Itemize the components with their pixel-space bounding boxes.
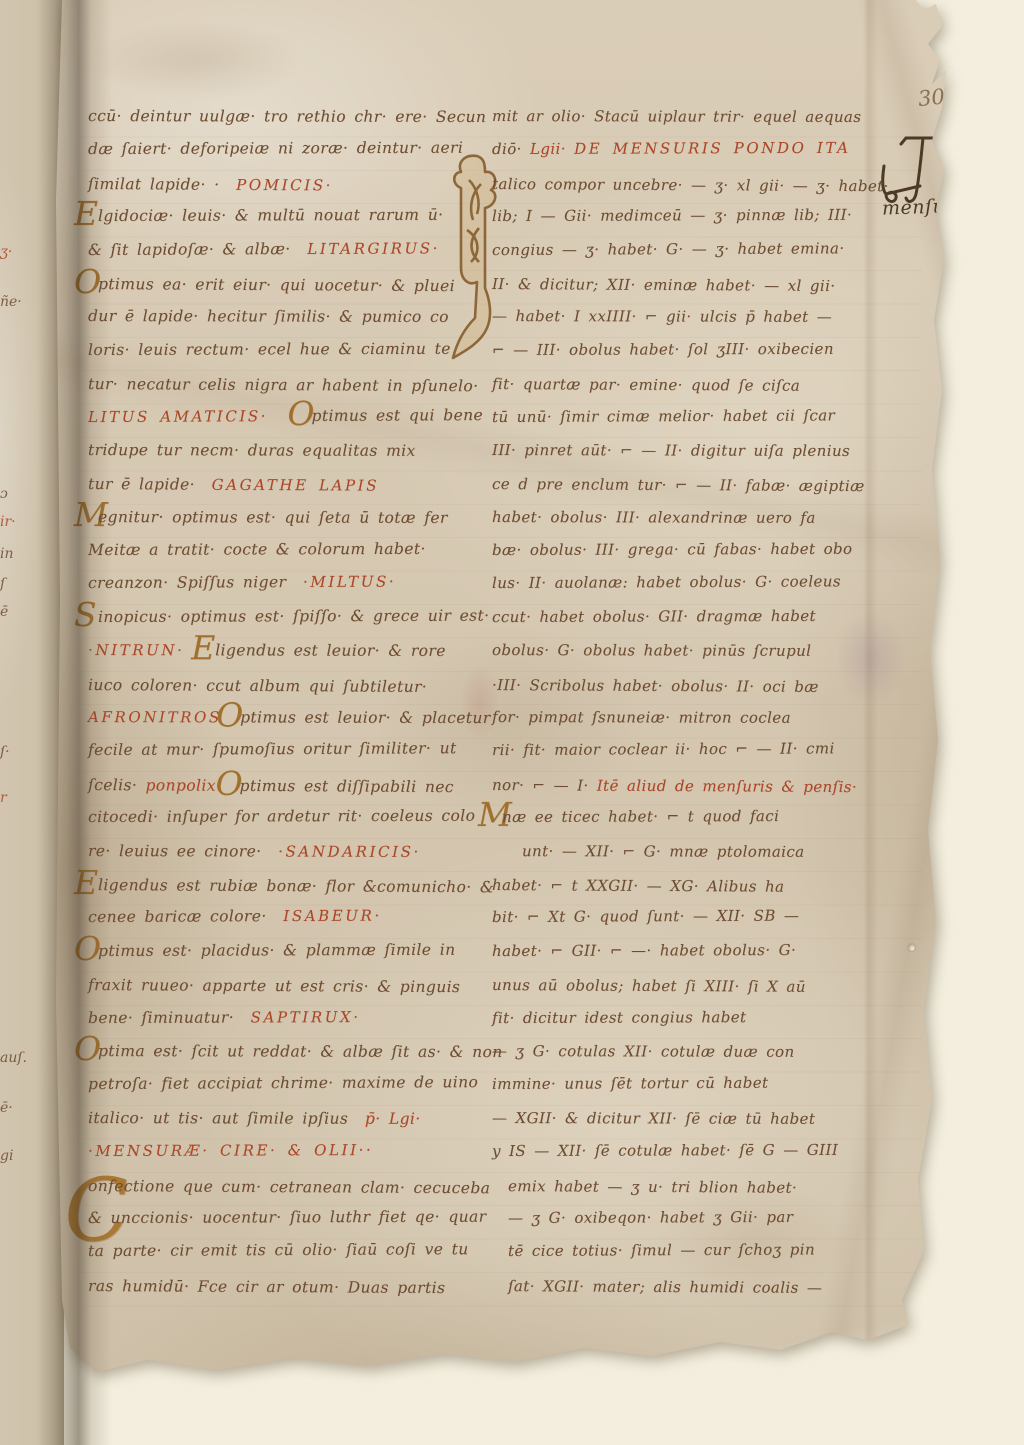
cut-off-text-fragment: ſ xyxy=(0,576,20,592)
rubric-text: ISABEUR· xyxy=(283,907,382,925)
cut-off-text-fragment: gi xyxy=(0,1148,20,1164)
text-run: ptimus ea· erit eiur· qui uocetur· & plu… xyxy=(98,275,455,295)
text-line: loris· leuis rectum· ecel hue & ciaminu … xyxy=(88,332,490,367)
text-line: III· pinret aūt· ⌐ — II· digitur uiſa pl… xyxy=(492,434,892,468)
text-run: y IS — XII· ſē cotulæ habet· ſē G — GIII xyxy=(492,1141,838,1160)
text-line: Megnitur· optimus est· qui ſeta ū totæ f… xyxy=(88,501,490,535)
text-line: Meitæ a tratit· cocte & colorum habet· xyxy=(88,533,490,568)
manuscript-scan: { "document": { "folio_number": "30", "m… xyxy=(0,0,1024,1445)
text-run: III· pinret aūt· ⌐ — II· digitur uiſa pl… xyxy=(492,441,850,460)
text-run: cenee baricæ colore· xyxy=(88,907,283,926)
text-line: citocedi· inſuper for ardetur rit· coele… xyxy=(88,800,490,835)
text-run: II· & dicitur; XII· eminæ habet· — xl gi… xyxy=(492,275,836,295)
cut-off-text-fragment: ɔ xyxy=(0,486,20,502)
text-line: mit ar olio· Stacū uiplaur trir· equel a… xyxy=(492,100,892,134)
rubric-text: ·SANDARICIS· xyxy=(278,842,421,860)
text-line: II· & dicitur; XII· eminæ habet· — xl gi… xyxy=(492,268,892,304)
text-line: ſat· XGII· mater; alis humidi coalis — xyxy=(492,1270,892,1306)
rubric-text: DE MENSURIS PONDO ITA xyxy=(574,139,851,158)
text-line: Sinopicus· optimus est· ſpiſſo· & grece … xyxy=(88,599,490,634)
margin-note: menſuras xyxy=(882,194,978,219)
text-line: iuco coloren· ccut album qui ſubtiletur· xyxy=(88,669,490,705)
text-run: italico· ut tis· aut ſimile ipſius xyxy=(88,1109,365,1128)
text-line: cenee baricæ colore· ISABEUR· xyxy=(88,899,490,934)
text-run: ligendus est leuior· & rore xyxy=(215,642,446,661)
text-line: for· pimpat ſsnuneiæ· mitron coclea xyxy=(492,701,892,735)
text-run: ptima est· ſcit ut reddat· & albæ ſit as… xyxy=(98,1042,503,1061)
text-line: Optima est· ſcit ut reddat· & albæ ſit a… xyxy=(88,1035,490,1069)
rubric-text: AFRONITROS xyxy=(88,708,222,726)
text-run: congius — ʒ· habet· G· — ʒ· habet emina· xyxy=(492,239,845,259)
text-line: dur ē lapide· hecitur ſimilis· & pumico … xyxy=(88,300,490,334)
text-run: ligendus est rubiæ bonæ· flor &comunicho… xyxy=(98,876,494,896)
stain xyxy=(86,20,306,100)
text-run: unus aū obolus; habet ſi XIII· ſi X aū xyxy=(492,976,806,996)
text-run: citocedi· inſuper for ardetur rit· coele… xyxy=(88,807,475,826)
text-run: ta parte· cir emit tis cū olio· ſiaū coſ… xyxy=(88,1240,469,1260)
text-line: re· leuius ee cinore· ·SANDARICIS· xyxy=(88,835,490,869)
text-run: ſimilat lapide· · xyxy=(88,175,236,194)
text-line: — ʒ G· cotulas XII· cotulæ duæ con xyxy=(492,1035,892,1069)
rubric-text: LITARGIRUS· xyxy=(307,239,440,258)
text-line: ce d pre enclum tur· ⌐ — II· fabæ· ægipt… xyxy=(492,468,892,504)
rubric-text: ·MENSURÆ· CIRE· & OLII·· xyxy=(88,1141,373,1160)
text-line: Mnæ ee ticec habet· ⌐ t quod faci xyxy=(492,800,892,835)
text-run: immine· unus ſēt tortur cū habet xyxy=(492,1074,768,1093)
text-run: fit· dicitur idest congius habet xyxy=(492,1008,746,1027)
text-line: onfectione que cum· cetranean clam· cecu… xyxy=(88,1170,490,1206)
text-run: ccū· deintur uulgæ· tro rethio chr· ere·… xyxy=(88,107,486,126)
text-line: Elgidociæ· leuis· & multū nouat rarum ū· xyxy=(88,199,490,234)
text-run: bæ· obolus· III· grega· cū fabas· habet … xyxy=(492,540,853,559)
text-run: tū unū· ſimir cimæ melior· habet cii ſca… xyxy=(492,406,835,426)
text-run: — habet· I xxIIII· ⌐ gii· ulcis p̄ habet… xyxy=(492,307,832,326)
text-run: bene· ſiminuatur· xyxy=(88,1008,251,1027)
text-run: emix habet — ʒ u· tri blion habet· xyxy=(508,1177,797,1197)
text-line: fit· dicitur idest congius habet xyxy=(492,1000,892,1035)
text-line: Optimus ea· erit eiur· qui uocetur· & pl… xyxy=(88,268,490,304)
text-run: for· pimpat ſsnuneiæ· mitron coclea xyxy=(492,708,791,727)
text-run: habet· ⌐ GII· ⌐ —· habet obolus· G· xyxy=(492,941,796,960)
text-run: & ſit lapidoſæ· & albæ· xyxy=(88,239,307,258)
text-run: tē cice totius· ſimul — cur ſchoʒ pin xyxy=(508,1241,815,1261)
text-line: creanzon· Spiſſus niger ·MILTUS· xyxy=(88,566,490,601)
text-line: LITUS AMATICIS· Optimus est qui bene xyxy=(88,399,490,434)
text-run: lib; I — Gii· medimceū — ʒ· pinnæ lib; I… xyxy=(492,206,852,225)
text-run: onfectione que cum· cetranean clam· cecu… xyxy=(88,1177,490,1197)
text-run: — ʒ G· oxibeqon· habet ʒ Gii· par xyxy=(508,1208,793,1227)
text-line: ·MENSURÆ· CIRE· & OLII·· xyxy=(88,1134,490,1169)
text-run: habet· ⌐ t XXGII· — XG· Alibus ha xyxy=(492,876,785,896)
text-run: iuco coloren· ccut album qui ſubtiletur· xyxy=(88,676,427,696)
text-line: habet· obolus· III· alexandrinæ uero fa xyxy=(492,501,892,535)
text-line: y IS — XII· ſē cotulæ habet· ſē G — GIII xyxy=(492,1134,892,1169)
text-run: tridupe tur necm· duras equalitas mix xyxy=(88,441,416,460)
text-run: ·III· Scribolus habet· obolus· II· oci b… xyxy=(492,676,819,696)
text-line: ·NITRUN· Eligendus est leuior· & rore xyxy=(88,634,490,668)
text-run: diō· xyxy=(492,140,530,158)
rubric-text: POMICIS· xyxy=(236,176,333,195)
text-line: dæ ſaiert· deforipeiæ ni zoræ· deintur· … xyxy=(88,132,490,167)
cut-off-text-fragment: ē· xyxy=(0,1100,20,1116)
text-run: ſcelis· xyxy=(88,776,146,794)
text-line: immine· unus ſēt tortur cū habet xyxy=(492,1066,892,1101)
text-line: ccū· deintur uulgæ· tro rethio chr· ere·… xyxy=(88,100,490,134)
text-line: lus· II· auolanæ: habet obolus· G· coele… xyxy=(492,566,892,601)
text-line: unt· — XII· ⌐ G· mnæ ptolomaica xyxy=(492,835,892,869)
manuscript-page: 30 menſuras C ccū· dein xyxy=(56,0,1001,1445)
text-run: fecile at mur· ſpumoſius oritur ſimilite… xyxy=(88,740,457,760)
text-run: ſat· XGII· mater; alis humidi coalis — xyxy=(508,1277,822,1297)
rubric-text: SAPTIRUX· xyxy=(251,1008,361,1026)
text-run: mit ar olio· Stacū uiplaur trir· equel a… xyxy=(492,107,861,126)
text-run: petroſa· fiet accipiat chrime· maxime de… xyxy=(88,1073,478,1093)
text-run: ptimus est diſſipabili nec xyxy=(239,777,453,796)
parchment-hole xyxy=(952,176,974,196)
text-run: lgidociæ· leuis· & multū nouat rarum ū· xyxy=(98,206,443,225)
text-line: italico· ut tis· aut ſimile ipſius p̄· L… xyxy=(88,1102,490,1136)
text-run: tur ē lapide· xyxy=(88,475,212,494)
text-line: bit· ⌐ Xt G· quod ſunt· — XII· SB — xyxy=(492,899,892,934)
text-run: Meitæ a tratit· cocte & colorum habet· xyxy=(88,540,426,559)
rubric-text: LITUS AMATICIS· xyxy=(88,407,268,426)
text-run: nor· ⌐ — I· xyxy=(492,776,597,795)
text-line: ccut· habet obolus· GII· dragmæ habet xyxy=(492,599,892,634)
text-run: ccut· habet obolus· GII· dragmæ habet xyxy=(492,607,816,626)
cut-off-text-fragment: ir· xyxy=(0,514,20,530)
text-line: unus aū obolus; habet ſi XIII· ſi X aū xyxy=(492,969,892,1005)
left-text-column: ccū· deintur uulgæ· tro rethio chr· ere·… xyxy=(88,100,490,1302)
rubric-text: ·MILTUS· xyxy=(303,573,396,591)
text-run: ras humidū· Fce cir ar otum· Duas partis xyxy=(88,1277,445,1297)
text-line: obolus· G· obolus habet· pinūs ſcrupul xyxy=(492,634,892,668)
rubric-text: Itē aliud de menſuris & penſis· xyxy=(597,776,857,795)
text-line: diō· Lgii· DE MENSURIS PONDO ITA xyxy=(492,132,892,167)
cut-off-text-fragment: ʒ· xyxy=(0,244,20,260)
text-run: creanzon· Spiſſus niger xyxy=(88,573,303,592)
cut-off-text-fragment: auſ. xyxy=(0,1050,20,1066)
cut-off-text-fragment: ñe· xyxy=(0,294,20,310)
text-line: rii· fit· maior coclear ii· hoc ⌐ — II· … xyxy=(492,732,892,767)
text-line: AFRONITROS Optimus est leuior· & placetu… xyxy=(88,701,490,735)
previous-page-edge xyxy=(0,0,64,1445)
text-line: — habet· I xxIIII· ⌐ gii· ulcis p̄ habet… xyxy=(492,300,892,334)
rubric-text: ·NITRUN· xyxy=(88,641,205,659)
text-run: talico compor uncebre· — ʒ· xl gii· — ʒ·… xyxy=(492,175,889,195)
text-run: — XGII· & dicitur XII· ſē ciæ tū habet xyxy=(492,1109,815,1128)
text-line: Optimus est· placidus· & plammæ ſimile i… xyxy=(88,933,490,968)
text-run: loris· leuis rectum· ecel hue & ciaminu … xyxy=(88,339,451,358)
text-line: tridupe tur necm· duras equalitas mix xyxy=(88,434,490,468)
text-run: dur ē lapide· hecitur ſimilis· & pumico … xyxy=(88,307,449,326)
text-run: inopicus· optimus est· ſpiſſo· & grece u… xyxy=(98,606,490,625)
text-run: dæ ſaiert· deforipeiæ ni zoræ· deintur· … xyxy=(88,139,463,158)
cut-off-text-fragment: ē xyxy=(0,604,20,620)
folio-number: 30 xyxy=(917,81,979,111)
text-run: unt· — XII· ⌐ G· mnæ ptolomaica xyxy=(522,842,805,861)
text-run: habet· obolus· III· alexandrinæ uero fa xyxy=(492,508,816,527)
text-line: fecile at mur· ſpumoſius oritur ſimilite… xyxy=(88,732,490,767)
text-line: tū unū· ſimir cimæ melior· habet cii ſca… xyxy=(492,399,892,434)
text-line: ⌐ — III· obolus habet· ſol ʒIII· oxibeci… xyxy=(492,332,892,367)
rubric-text: GAGATHE LAPIS xyxy=(212,476,380,495)
text-run: obolus· G· obolus habet· pinūs ſcrupul xyxy=(492,641,811,660)
text-line: emix habet — ʒ u· tri blion habet· xyxy=(492,1170,892,1206)
text-line: — ʒ G· oxibeqon· habet ʒ Gii· par xyxy=(492,1200,892,1235)
text-run: ⌐ — III· obolus habet· ſol ʒIII· oxibeci… xyxy=(492,340,834,359)
text-line: bæ· obolus· III· grega· cū fabas· habet … xyxy=(492,533,892,568)
text-line: congius — ʒ· habet· G· — ʒ· habet emina· xyxy=(492,232,892,267)
text-line: ta parte· cir emit tis cū olio· ſiaū coſ… xyxy=(88,1233,490,1268)
text-run: lus· II· auolanæ: habet obolus· G· coele… xyxy=(492,573,841,593)
text-run: & unccionis· uocentur· ſiuo luthr fiet q… xyxy=(88,1207,487,1226)
text-run: ptimus est· placidus· & plammæ ſimile in xyxy=(98,940,455,959)
rubric-text: Lgii· xyxy=(530,140,574,158)
text-run: ptimus est qui bene xyxy=(311,406,483,425)
text-run: ce d pre enclum tur· ⌐ — II· fabæ· ægipt… xyxy=(492,475,865,495)
cut-off-text-fragment: in xyxy=(0,546,20,562)
parchment-hole xyxy=(908,944,915,951)
rubric-text: p̄· Lgi· xyxy=(365,1109,421,1127)
text-run: — ʒ G· cotulas XII· cotulæ duæ con xyxy=(492,1042,795,1061)
text-run: egnitur· optimus est· qui ſeta ū totæ fe… xyxy=(98,508,448,527)
text-run: fit· quartæ par· emine· quod ſe ciſca xyxy=(492,375,800,395)
text-line: fraxit ruueo· apparte ut est cris· & pin… xyxy=(88,969,490,1005)
text-line: bene· ſiminuatur· SAPTIRUX· xyxy=(88,1000,490,1035)
text-line: & ſit lapidoſæ· & albæ· LITARGIRUS· xyxy=(88,232,490,267)
text-line: ras humidū· Fce cir ar otum· Duas partis xyxy=(88,1270,490,1306)
text-run: næ ee ticec habet· ⌐ t quod faci xyxy=(502,807,779,826)
text-line: — XGII· & dicitur XII· ſē ciæ tū habet xyxy=(492,1102,892,1136)
right-text-column: mit ar olio· Stacū uiplaur trir· equel a… xyxy=(492,100,892,1302)
text-line: ·III· Scribolus habet· obolus· II· oci b… xyxy=(492,669,892,705)
text-line: lib; I — Gii· medimceū — ʒ· pinnæ lib; I… xyxy=(492,199,892,234)
manuscript-page-wrap: 30 menſuras C ccū· dein xyxy=(56,0,1001,1445)
text-run: re· leuius ee cinore· xyxy=(88,842,278,860)
text-line: petroſa· fiet accipiat chrime· maxime de… xyxy=(88,1066,490,1101)
text-run: rii· fit· maior coclear ii· hoc ⌐ — II· … xyxy=(492,740,835,760)
text-line: tur ē lapide· GAGATHE LAPIS xyxy=(88,468,490,504)
text-line: tē cice totius· ſimul — cur ſchoʒ pin xyxy=(492,1233,892,1268)
cut-off-text-fragment: ſ· xyxy=(0,744,20,760)
text-run: ptimus est leuior· & placetur xyxy=(240,708,491,727)
text-run: fraxit ruueo· apparte ut est cris· & pin… xyxy=(88,976,460,996)
cut-off-text-fragment: r xyxy=(0,790,20,806)
text-line: & unccionis· uocentur· ſiuo luthr fiet q… xyxy=(88,1200,490,1235)
text-line: habet· ⌐ GII· ⌐ —· habet obolus· G· xyxy=(492,933,892,968)
text-run: bit· ⌐ Xt G· quod ſunt· — XII· SB — xyxy=(492,907,799,927)
text-run: tur· necatur celis nigra ar habent in pſ… xyxy=(88,375,479,395)
